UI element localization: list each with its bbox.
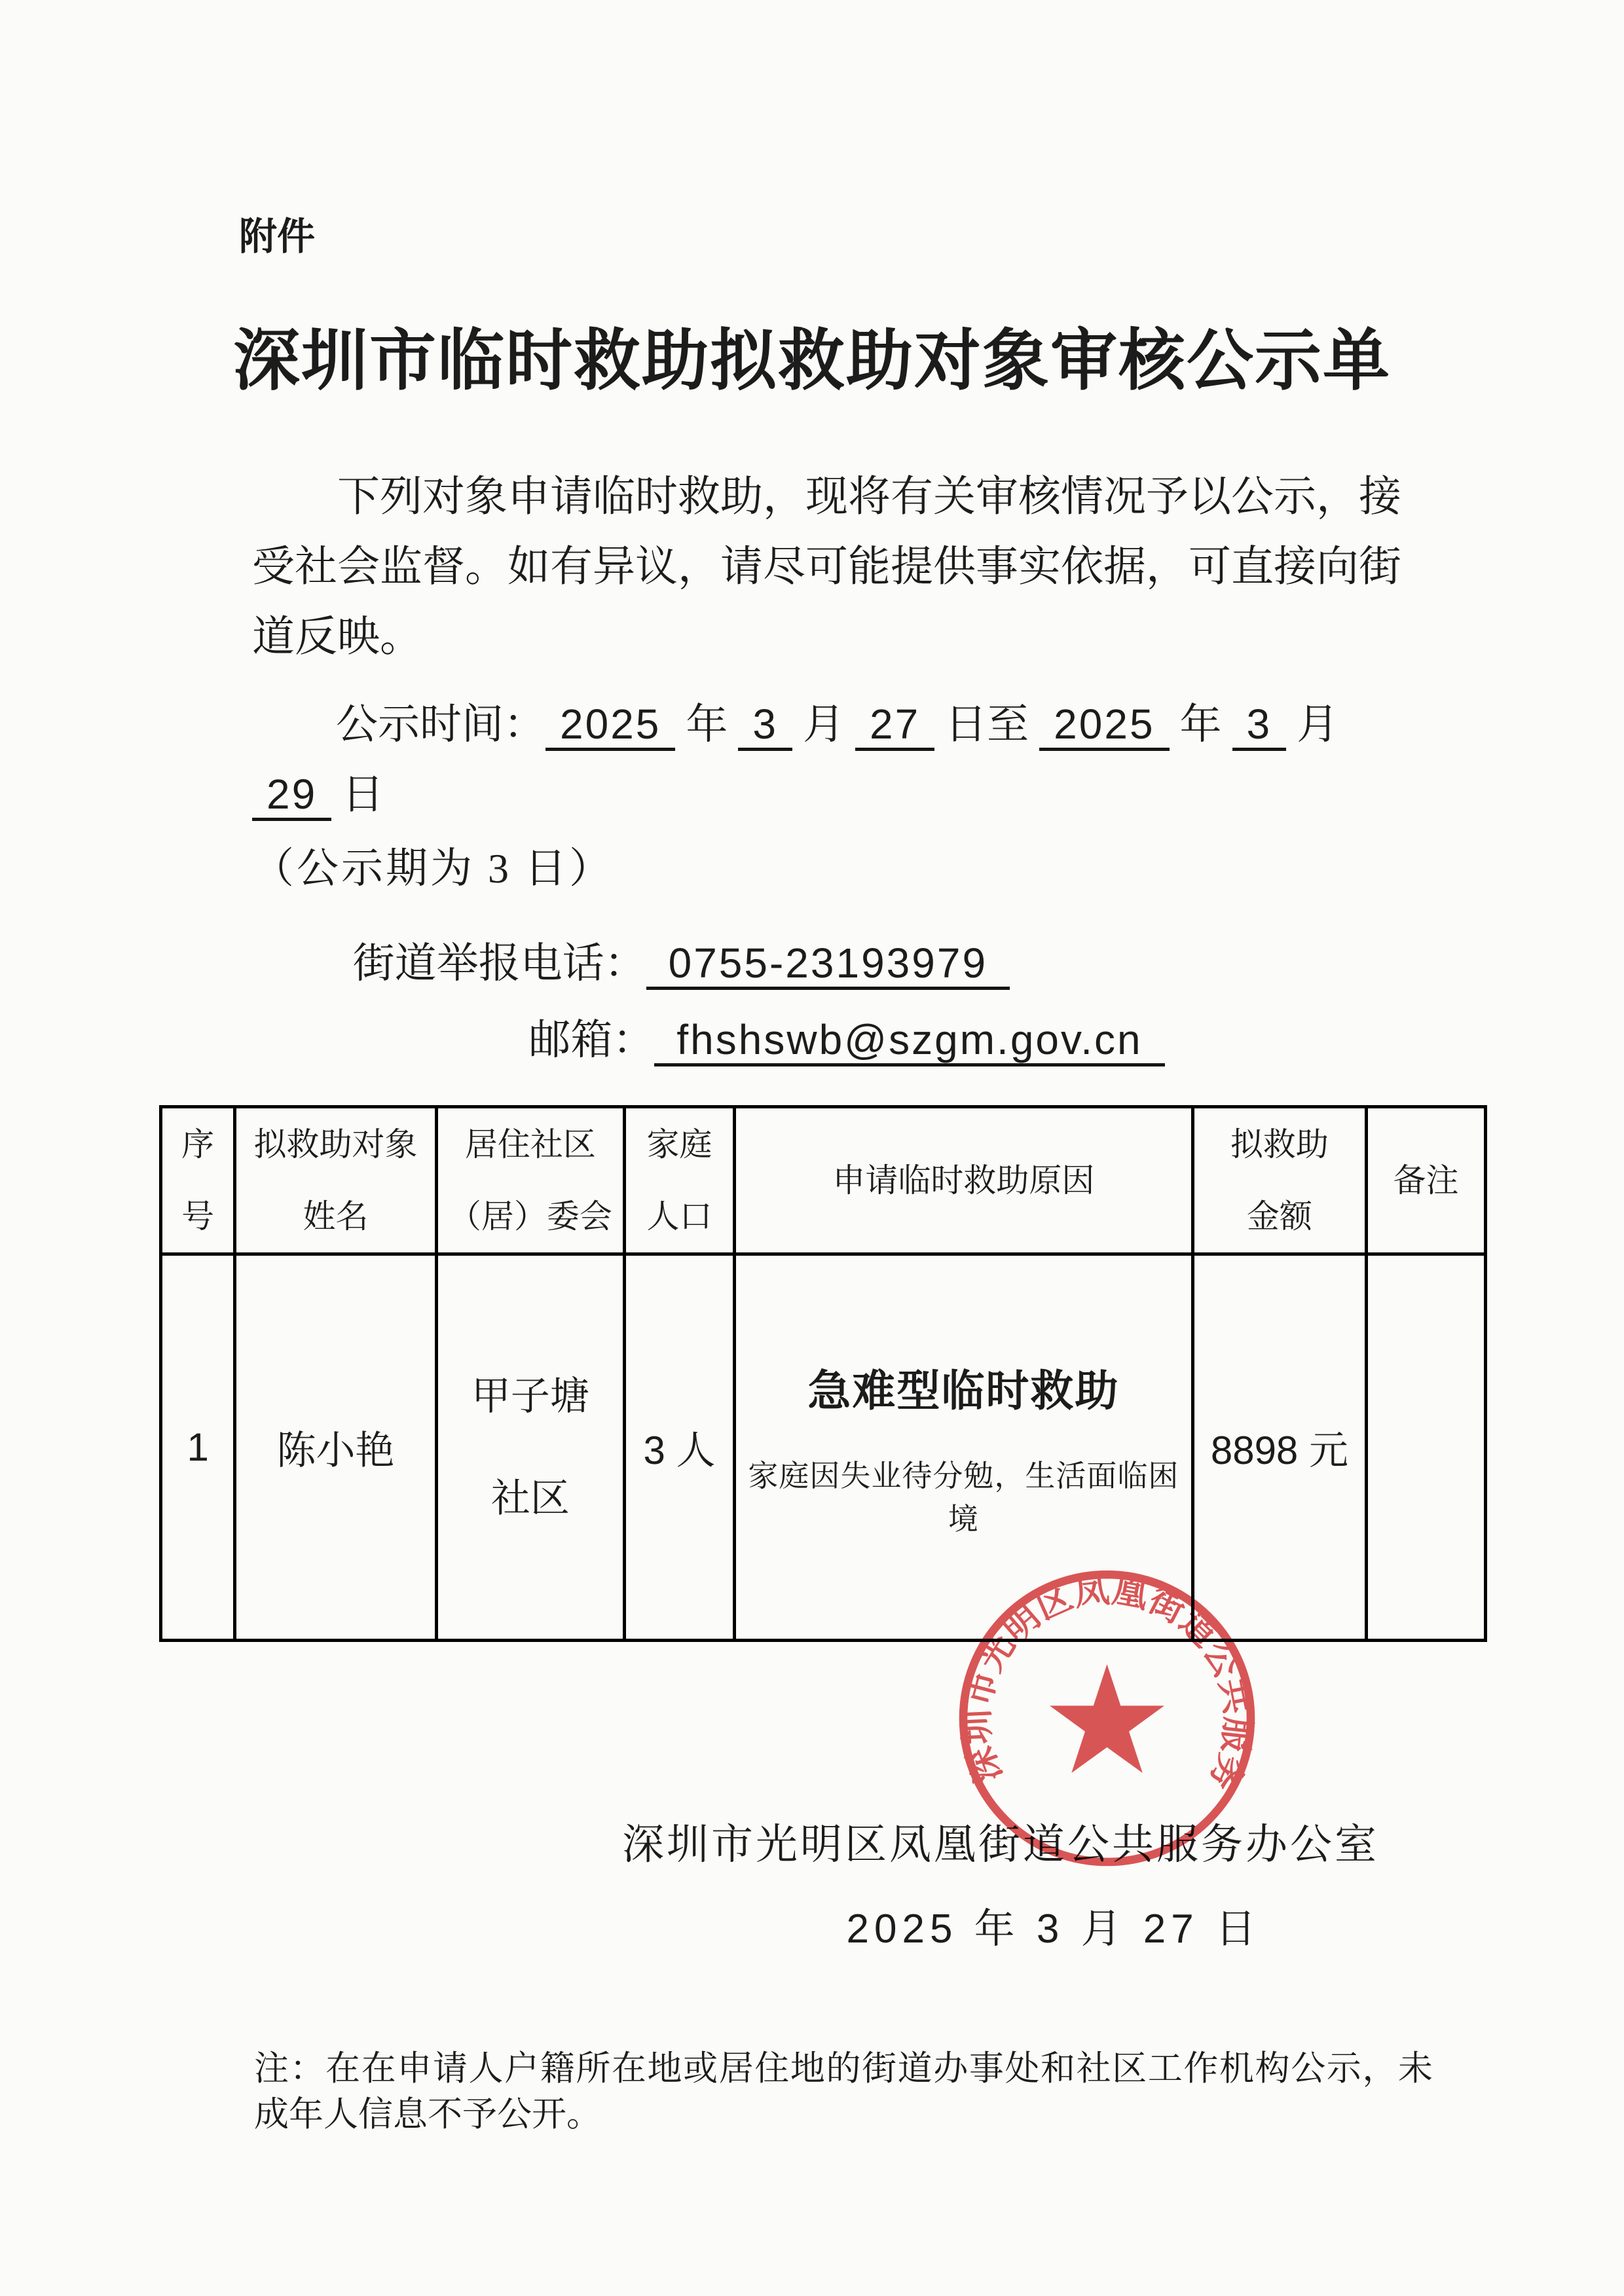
email-line: 邮箱：fhshswb@szgm.gov.cn (252, 1005, 1428, 1075)
end-day-value: 29 (252, 771, 331, 821)
attachment-label: 附件 (239, 0, 1624, 258)
unit-year: 年 (686, 701, 728, 748)
reason-detail-text: 家庭因失业待分勉，生活面临困境 (736, 1452, 1191, 1539)
reason-main-text: 急难型临时救助 (807, 1356, 1119, 1418)
header-reason: 申请临时救助原因 (734, 1107, 1192, 1254)
header-community: 居住社区 （居）委会 (436, 1107, 624, 1254)
table-row: 1 陈小艳 甲子塘 社区 3 人 急难型临时救助 家庭因失业待分勉，生活面临困境… (161, 1254, 1486, 1641)
header-name: 拟救助对象 姓名 (235, 1107, 436, 1254)
cell-community: 甲子塘 社区 (436, 1254, 624, 1641)
table-header-row: 序 号 拟救助对象 姓名 居住社区 （居）委会 家庭 人口 申请临时救助原因 拟… (161, 1107, 1486, 1254)
footnote-text: 注：在在申请人户籍所在地或居住地的街道办事处和社区工作机构公示，未成年人信息不予… (254, 2046, 1433, 2138)
signature-date: 2025 年 3 月 27 日 (0, 1896, 1624, 1954)
cell-name: 陈小艳 (235, 1254, 436, 1641)
cell-family-size: 3 人 (625, 1254, 735, 1641)
reason-wrapper: 急难型临时救助 家庭因失业待分勉，生活面临困境 (736, 1356, 1191, 1539)
start-month-value: 3 (738, 701, 792, 751)
header-family-size: 家庭 人口 (625, 1107, 735, 1254)
to-label: 日至 (945, 701, 1029, 748)
publicity-period-line: 公示时间：2025 年 3 月 27 日至 2025 年 3 月 29 日 (252, 689, 1428, 829)
notice-document-page: 附件 深圳市临时救助拟救助对象审核公示单 下列对象申请临时救助，现将有关审核情况… (0, 0, 1624, 2296)
header-index: 序 号 (161, 1107, 235, 1254)
intro-paragraph: 下列对象申请临时救助，现将有关审核情况予以公示，接受社会监督。如有异议，请尽可能… (252, 462, 1401, 672)
unit-year: 年 (1180, 701, 1222, 748)
email-label: 邮箱： (528, 1017, 654, 1063)
page-title: 深圳市临时救助拟救助对象审核公示单 (0, 322, 1624, 402)
email-address: fhshswb@szgm.gov.cn (654, 1016, 1164, 1066)
unit-day: 日 (342, 771, 384, 818)
cell-index: 1 (161, 1254, 235, 1641)
header-amount: 拟救助 金额 (1192, 1107, 1366, 1254)
cell-reason: 急难型临时救助 家庭因失业待分勉，生活面临困境 (734, 1254, 1192, 1641)
header-remark: 备注 (1366, 1107, 1485, 1254)
end-month-value: 3 (1232, 701, 1287, 751)
publicity-period-label: 公示时间： (336, 701, 545, 748)
start-year-value: 2025 (545, 701, 675, 751)
hotline-line: 街道举报电话：0755-23193979 (252, 928, 1428, 998)
hotline-number: 0755-23193979 (646, 939, 1010, 990)
end-year-value: 2025 (1039, 701, 1169, 751)
seal-star-icon: ★ (1040, 1640, 1174, 1805)
unit-month: 月 (803, 701, 845, 748)
cell-amount: 8898 元 (1192, 1254, 1366, 1641)
start-day-value: 27 (855, 701, 934, 751)
unit-month: 月 (1297, 701, 1338, 748)
publicity-duration-note: （公示期为 3 日） (252, 833, 1428, 903)
aid-review-table: 序 号 拟救助对象 姓名 居住社区 （居）委会 家庭 人口 申请临时救助原因 拟… (159, 1105, 1487, 1642)
hotline-label: 街道举报电话： (353, 940, 646, 987)
cell-remark (1366, 1254, 1485, 1641)
issuing-office-signature: 深圳市光明区凤凰街道公共服务办公室 (0, 1811, 1624, 1871)
